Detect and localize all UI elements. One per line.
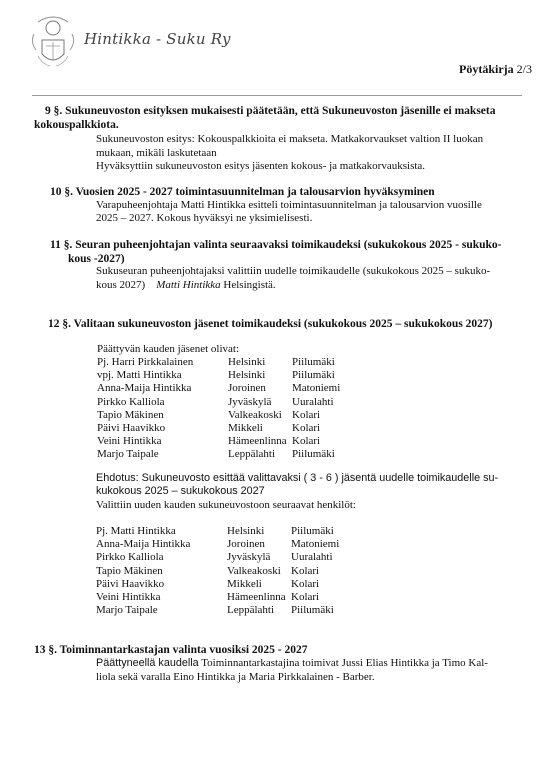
section-11-heading-cont: kous -2027) xyxy=(68,252,125,266)
proposal-line-1: Ehdotus: Sukuneuvosto esittää valittavak… xyxy=(96,472,498,484)
section-9-heading: 9 §. Sukuneuvoston esityksen mukaisesti … xyxy=(45,104,495,118)
section-13-heading: 13 §. Toiminnantarkastajan valinta vuosi… xyxy=(34,643,308,657)
page-number: 2/3 xyxy=(517,62,532,76)
member-name: Päivi Haavikko xyxy=(97,422,228,435)
member-row: Pirkko KalliolaJyväskyläUuralahti xyxy=(97,396,340,409)
section-11-body-suffix: Helsingistä. xyxy=(223,279,275,291)
member-row: Marjo TaipaleLeppälahtiPiilumäki xyxy=(97,448,340,461)
section-9-body-2: mukaan, mikäli laskutetaan xyxy=(96,147,217,161)
section-11-body-2: kous 2027) Matti Hintikka Helsingistä. xyxy=(96,279,276,293)
section-11-heading: 11 §. Seuran puheenjohtajan valinta seur… xyxy=(50,238,502,252)
section-10-heading: 10 §. Vuosien 2025 - 2027 toimintasuunni… xyxy=(50,185,435,199)
member-name: Veini Hintikka xyxy=(97,435,228,448)
member-row: Pirkko KalliolaJyväskyläUuralahti xyxy=(96,551,339,564)
member-branch: Piilumäki xyxy=(291,604,339,617)
member-row: Päivi HaavikkoMikkeliKolari xyxy=(97,422,340,435)
member-city: Hämeenlinna xyxy=(227,591,291,604)
member-row: Tapio MäkinenValkeakoskiKolari xyxy=(96,565,339,578)
member-name: Anna-Maija Hintikka xyxy=(96,538,227,551)
section-11-body-prefix: kous 2027) xyxy=(96,279,145,291)
coat-of-arms-icon xyxy=(28,12,78,70)
section-10-body-1: Varapuheenjohtaja Matti Hintikka esittel… xyxy=(96,199,482,213)
outgoing-intro: Päättyvän kauden jäsenet olivat: xyxy=(97,343,239,357)
member-row: vpj. Matti HintikkaHelsinkiPiilumäki xyxy=(97,369,340,382)
member-row: Veini HintikkaHämeenlinnaKolari xyxy=(97,435,340,448)
member-branch: Piilumäki xyxy=(292,356,340,369)
member-branch: Uuralahti xyxy=(292,396,340,409)
member-city: Jyväskylä xyxy=(228,396,292,409)
header-divider xyxy=(32,95,522,96)
member-city: Leppälahti xyxy=(227,604,291,617)
member-city: Mikkeli xyxy=(227,578,291,591)
member-branch: Kolari xyxy=(291,578,339,591)
member-name: Marjo Taipale xyxy=(97,448,228,461)
member-branch: Kolari xyxy=(292,422,340,435)
chair-name: Matti Hintikka xyxy=(156,279,220,291)
organization-name: Hintikka - Suku Ry xyxy=(84,30,231,48)
section-9-body-3: Hyväksyttiin sukuneuvoston esitys jäsent… xyxy=(96,160,425,174)
member-city: Hämeenlinna xyxy=(228,435,292,448)
outgoing-members-table: Pj. Harri PirkkalainenHelsinkiPiilumäkiv… xyxy=(97,356,340,462)
member-name: Pirkko Kalliola xyxy=(97,396,228,409)
section-11-body-1: Sukuseuran puheenjohtajaksi valittiin uu… xyxy=(96,265,490,279)
proposal-line-2: kukokous 2025 – sukukokous 2027 xyxy=(96,485,265,497)
member-name: Tapio Mäkinen xyxy=(96,565,227,578)
member-row: Päivi HaavikkoMikkeliKolari xyxy=(96,578,339,591)
member-city: Mikkeli xyxy=(228,422,292,435)
member-branch: Piilumäki xyxy=(292,369,340,382)
elected-intro: Valittiin uuden kauden sukuneuvostoon se… xyxy=(96,499,356,513)
member-city: Helsinki xyxy=(228,369,292,382)
member-row: Anna-Maija HintikkaJoroinenMatoniemi xyxy=(97,382,340,395)
member-name: Marjo Taipale xyxy=(96,604,227,617)
section-13-body-rest: Toiminnantarkastajina toimivat Jussi Eli… xyxy=(201,657,488,669)
member-city: Leppälahti xyxy=(228,448,292,461)
member-branch: Matoniemi xyxy=(291,538,339,551)
member-row: Marjo TaipaleLeppälahtiPiilumäki xyxy=(96,604,339,617)
document-type: Pöytäkirja xyxy=(459,62,514,76)
member-branch: Kolari xyxy=(292,435,340,448)
document-label: Pöytäkirja 2/3 xyxy=(459,62,532,77)
member-branch: Kolari xyxy=(291,565,339,578)
section-12-heading: 12 §. Valitaan sukuneuvoston jäsenet toi… xyxy=(48,317,493,331)
member-name: Päivi Haavikko xyxy=(96,578,227,591)
elected-members-table: Pj. Matti HintikkaHelsinkiPiilumäkiAnna-… xyxy=(96,525,339,617)
member-branch: Kolari xyxy=(291,591,339,604)
member-branch: Piilumäki xyxy=(291,525,339,538)
section-9-body-1: Sukuneuvoston esitys: Kokouspalkkioita e… xyxy=(96,133,483,147)
section-10-body-2: 2025 – 2027. Kokous hyväksyi ne yksimiel… xyxy=(96,212,312,226)
member-city: Joroinen xyxy=(228,382,292,395)
section-9-heading-cont: kokouspalkkiota. xyxy=(34,118,119,132)
member-branch: Kolari xyxy=(292,409,340,422)
member-name: Anna-Maija Hintikka xyxy=(97,382,228,395)
member-city: Valkeakoski xyxy=(227,565,291,578)
member-city: Joroinen xyxy=(227,538,291,551)
member-name: Tapio Mäkinen xyxy=(97,409,228,422)
member-name: Veini Hintikka xyxy=(96,591,227,604)
member-name: Pj. Harri Pirkkalainen xyxy=(97,356,228,369)
member-name: vpj. Matti Hintikka xyxy=(97,369,228,382)
member-branch: Matoniemi xyxy=(292,382,340,395)
member-row: Pj. Matti HintikkaHelsinkiPiilumäki xyxy=(96,525,339,538)
member-row: Anna-Maija HintikkaJoroinenMatoniemi xyxy=(96,538,339,551)
member-city: Helsinki xyxy=(228,356,292,369)
section-13-body-1: Päättyneellä kaudella Toiminnantarkastaj… xyxy=(96,657,488,671)
member-name: Pj. Matti Hintikka xyxy=(96,525,227,538)
section-13-body-2: liola sekä varalla Eino Hintikka ja Mari… xyxy=(96,671,375,685)
member-city: Helsinki xyxy=(227,525,291,538)
member-branch: Piilumäki xyxy=(292,448,340,461)
member-row: Veini HintikkaHämeenlinnaKolari xyxy=(96,591,339,604)
member-name: Pirkko Kalliola xyxy=(96,551,227,564)
member-row: Pj. Harri PirkkalainenHelsinkiPiilumäki xyxy=(97,356,340,369)
member-row: Tapio MäkinenValkeakoskiKolari xyxy=(97,409,340,422)
member-city: Valkeakoski xyxy=(228,409,292,422)
section-13-prefix: Päättyneellä kaudella xyxy=(96,657,199,669)
member-branch: Uuralahti xyxy=(291,551,339,564)
member-city: Jyväskylä xyxy=(227,551,291,564)
